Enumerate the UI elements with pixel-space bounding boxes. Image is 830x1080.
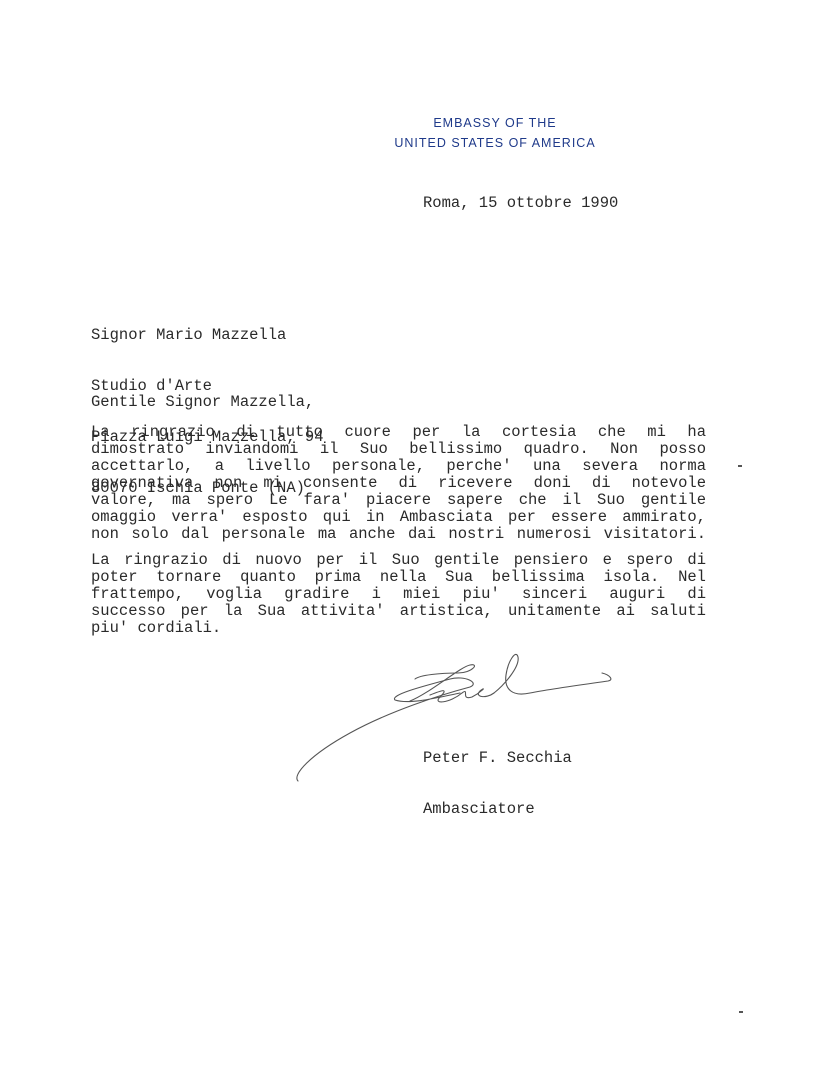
paragraph-line: accettarlo, a livello personale, perche'… (91, 458, 706, 475)
paragraph-line: governativa non mi consente di ricevere … (91, 475, 706, 492)
recipient-name: Signor Mario Mazzella (91, 327, 324, 344)
paragraph-line: successo per la Sua attivita' artistica,… (91, 603, 706, 620)
letterhead-line-1: EMBASSY OF THE (360, 113, 630, 133)
paragraph-line: piu' cordiali. (91, 620, 706, 637)
paragraph-line: dimostrato inviandomi il Suo bellissimo … (91, 441, 706, 458)
scan-speck (739, 1011, 743, 1013)
signer-block: Peter F. Secchia Ambasciatore (423, 716, 572, 835)
paragraph-line: La ringrazio di tutto cuore per la corte… (91, 424, 706, 441)
paragraph-line: La ringrazio di nuovo per il Suo gentile… (91, 552, 706, 569)
scan-speck (738, 465, 742, 467)
paragraph-line: poter tornare quanto prima nella Sua bel… (91, 569, 706, 586)
letterhead-line-2: UNITED STATES OF AMERICA (360, 133, 630, 153)
signer-title: Ambasciatore (423, 801, 572, 818)
body-paragraph-2: La ringrazio di nuovo per il Suo gentile… (91, 552, 706, 637)
signer-name: Peter F. Secchia (423, 750, 572, 767)
paragraph-line: valore, ma spero Le fara' piacere sapere… (91, 492, 706, 509)
letter-date: Roma, 15 ottobre 1990 (423, 195, 618, 212)
body-paragraph-1: La ringrazio di tutto cuore per la corte… (91, 424, 706, 543)
salutation: Gentile Signor Mazzella, (91, 394, 314, 411)
paragraph-line: non solo dal personale ma anche dai nost… (91, 526, 706, 543)
paragraph-line: omaggio verra' esposto qui in Ambasciata… (91, 509, 706, 526)
letterhead: EMBASSY OF THE UNITED STATES OF AMERICA (360, 113, 630, 153)
paragraph-line: frattempo, voglia gradire i miei piu' si… (91, 586, 706, 603)
